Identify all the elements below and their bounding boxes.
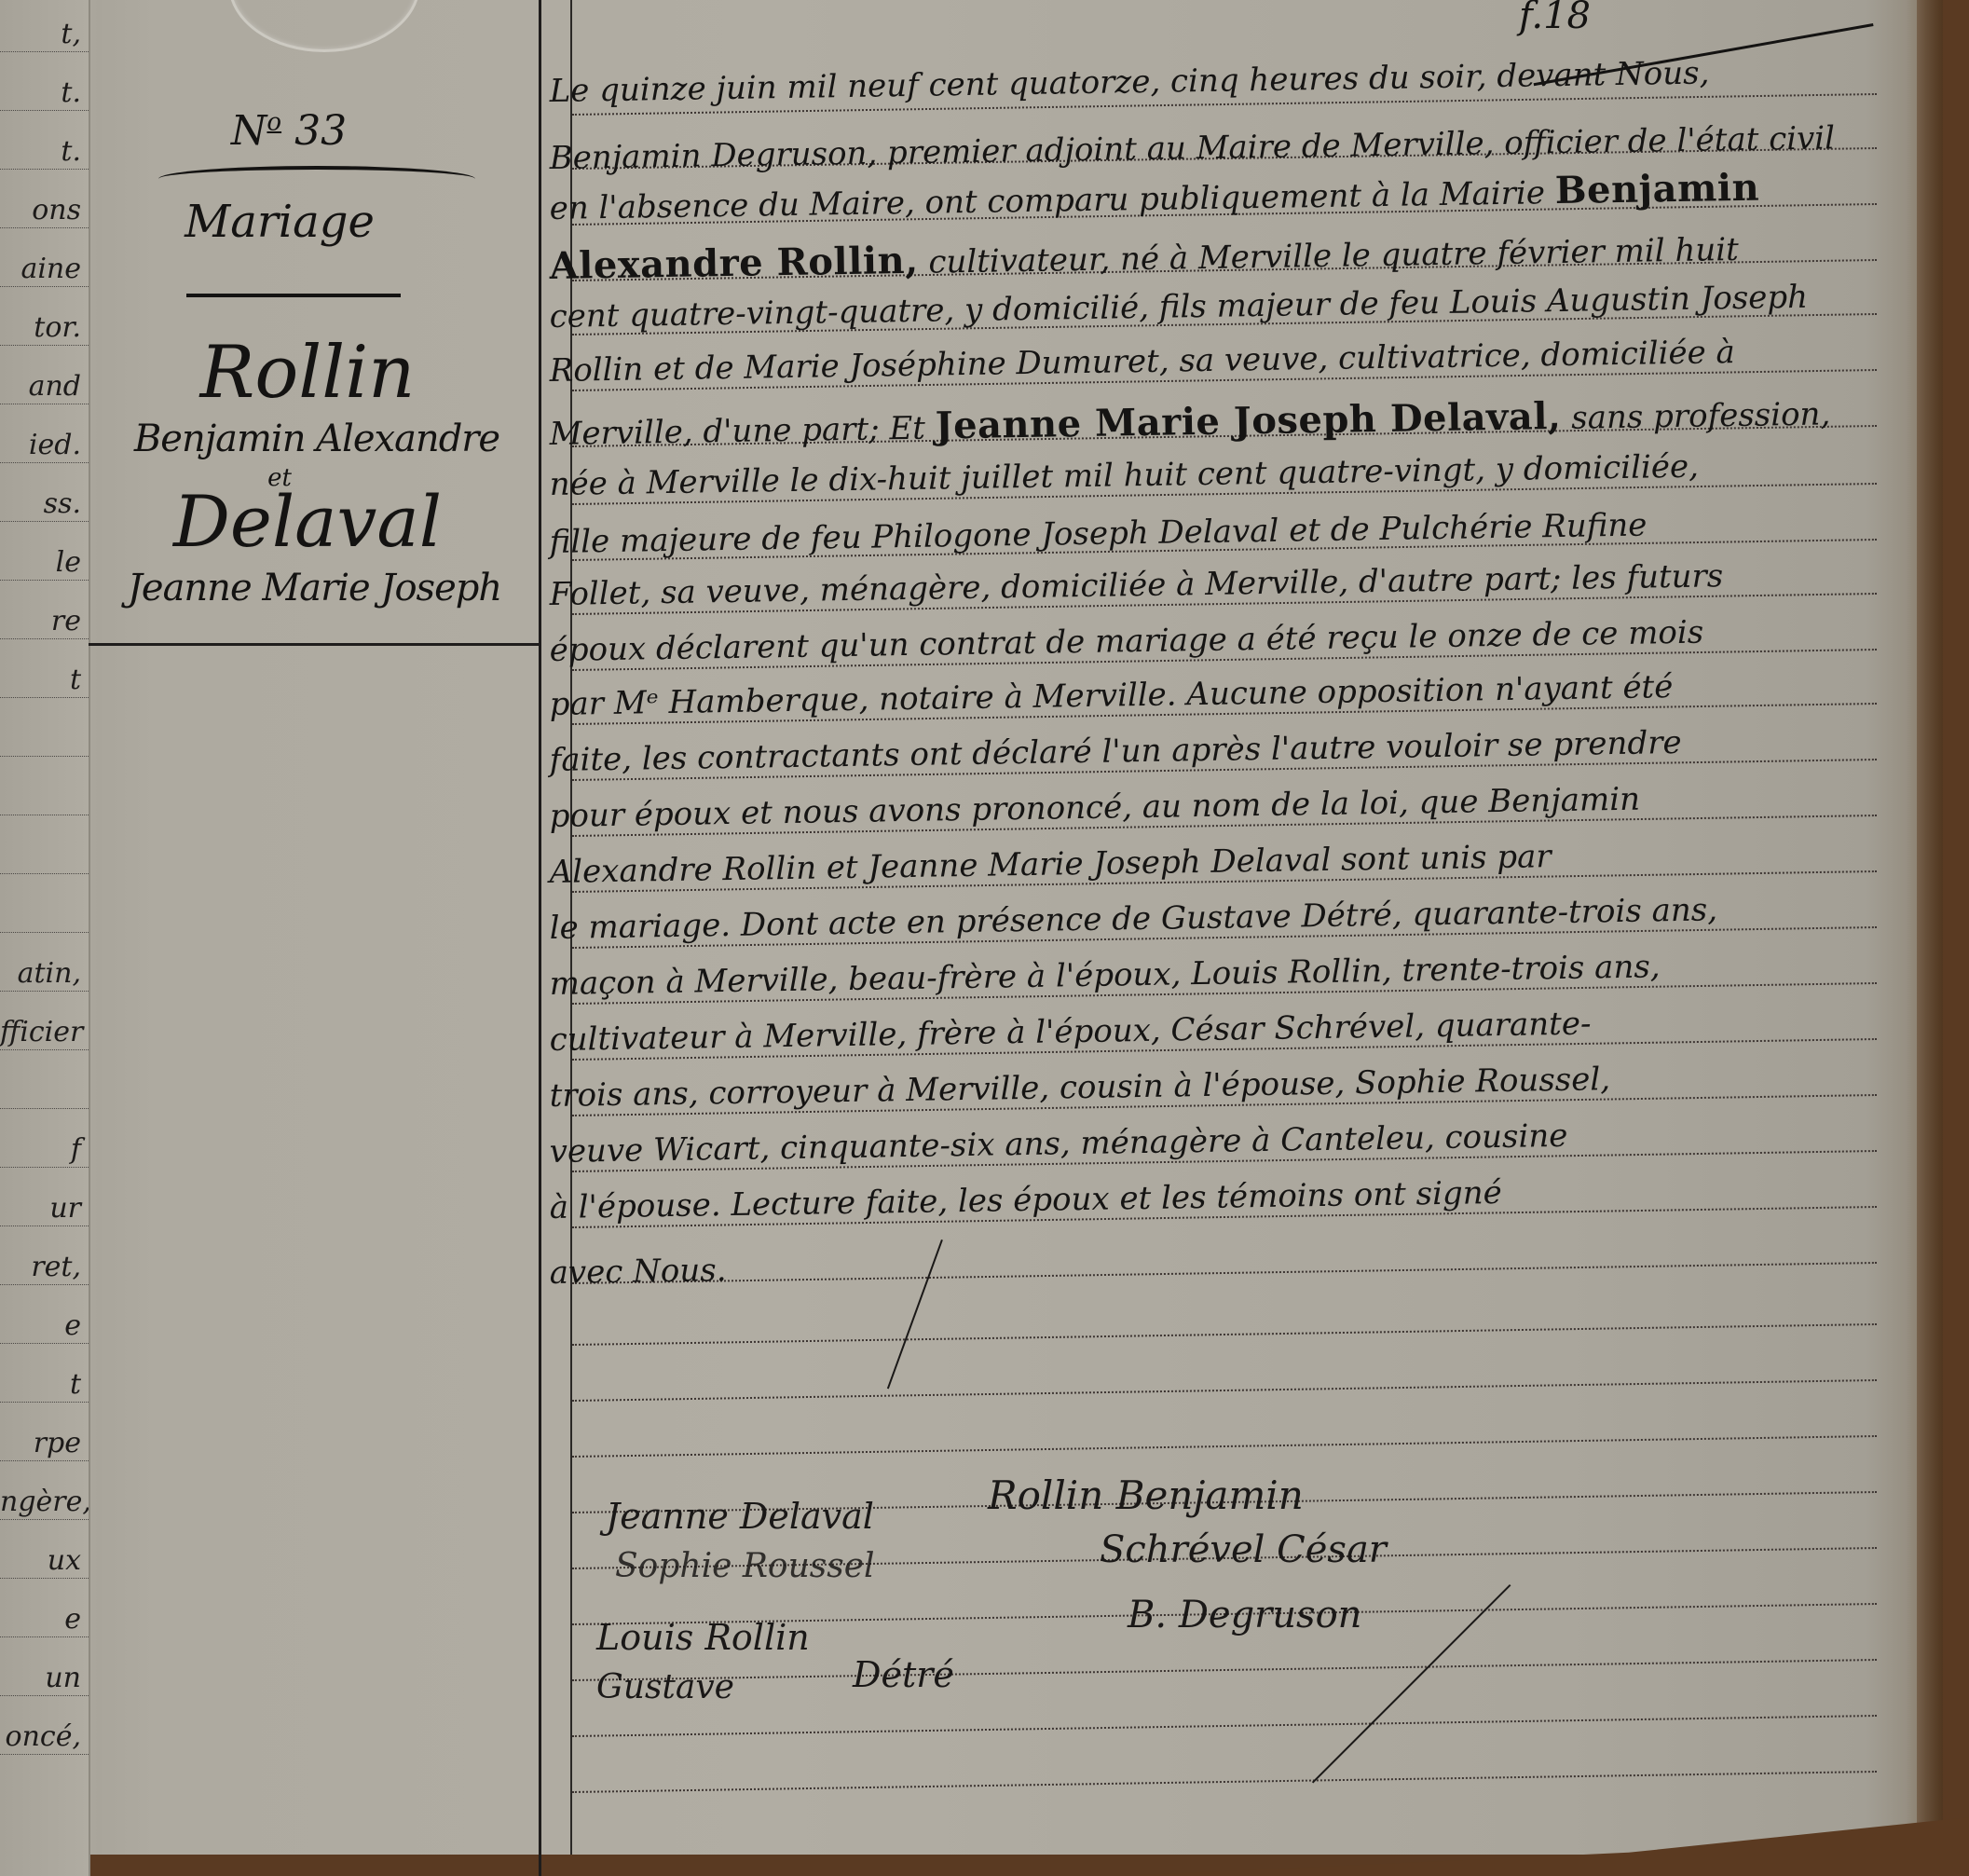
previous-page-fragment	[0, 899, 89, 933]
groom-given-names: Benjamin Alexandre	[93, 418, 540, 460]
previous-page-fragment: ons	[0, 195, 89, 228]
previous-page-fragment: and	[0, 371, 89, 404]
act-number-value: 33	[294, 107, 347, 155]
previous-page-fragment: oncé,	[0, 1721, 89, 1755]
previous-page-fragment: un	[0, 1663, 89, 1696]
previous-page-fragment: t	[0, 664, 89, 698]
signature-witness-gustave-first: Gustave	[596, 1668, 734, 1706]
ruled-line	[572, 1379, 1877, 1402]
body-line: cent quatre-vingt-quatre, y domicilié, f…	[549, 277, 1891, 335]
groom-name-highlight: Benjamin	[1554, 166, 1759, 212]
margin-rule-horizontal	[89, 643, 540, 646]
previous-page-fragment: ur	[0, 1193, 89, 1226]
previous-page-fragment: aine	[0, 253, 89, 287]
signature-witness-roussel: Sophie Roussel	[615, 1547, 875, 1585]
previous-page-fragment: f	[0, 1134, 89, 1168]
previous-page-fragment: le	[0, 547, 89, 581]
previous-page-fragment	[0, 841, 89, 874]
bride-name-highlight: Jeanne Marie Joseph Delaval,	[935, 394, 1561, 448]
book-binding	[1917, 0, 1943, 1876]
body-line-text: Merville, d'une part; Et	[549, 410, 925, 453]
previous-page-fragment	[0, 1075, 89, 1109]
ruled-line	[572, 1715, 1877, 1737]
bride-surname: Delaval	[103, 480, 513, 563]
groom-name-highlight: Alexandre Rollin,	[549, 239, 919, 288]
act-type: Mariage	[140, 196, 419, 248]
previous-page-fragment: t.	[0, 136, 89, 170]
previous-page-fragment: fficier	[0, 1017, 89, 1050]
previous-page-fragment: rpe	[0, 1428, 89, 1461]
previous-page-fragment: tor.	[0, 312, 89, 346]
signature-groom: Rollin Benjamin	[988, 1472, 1304, 1518]
margin-divider	[186, 294, 401, 297]
ruled-line	[572, 1659, 1877, 1681]
signature-witness-schrevel: Schrével César	[1100, 1528, 1387, 1571]
previous-page-fragment: ux	[0, 1545, 89, 1579]
folio-number: f.18	[1519, 0, 1591, 37]
signature-bride: Jeanne Delaval	[606, 1496, 874, 1537]
previous-page-fragment: e	[0, 1310, 89, 1344]
body-line: Merville, d'une part; Et Jeanne Marie Jo…	[549, 389, 1892, 454]
previous-page-fragment	[0, 782, 89, 815]
body-line: Alexandre Rollin, cultivateur, né à Merv…	[549, 223, 1892, 288]
previous-page-fragment: ied.	[0, 430, 89, 463]
previous-page-fragment: re	[0, 606, 89, 639]
groom-surname: Rollin	[103, 331, 513, 415]
signature-witness-louis: Louis Rollin	[596, 1617, 810, 1658]
act-number-prefix: N	[231, 107, 267, 155]
bride-given-names: Jeanne Marie Joseph	[89, 567, 540, 609]
previous-page-fragment: t,	[0, 19, 89, 52]
margin-rule-vertical	[539, 0, 541, 1876]
register-page: t,t.t.onsainetor.andied.ss.leretatin,ffi…	[0, 0, 1943, 1855]
body-line: fille majeure de feu Philogone Joseph De…	[549, 502, 1891, 561]
body-line-text: en l'absence du Maire, ont comparu publi…	[549, 174, 1545, 227]
ruled-line	[572, 1435, 1877, 1458]
previous-page-fragment: ret,	[0, 1252, 89, 1285]
body-line-text: sans profession,	[1571, 395, 1831, 436]
body-line-text: cultivateur, né à Merville le quatre fév…	[928, 231, 1739, 281]
previous-page-edge: t,t.t.onsainetor.andied.ss.leretatin,ffi…	[0, 0, 90, 1876]
previous-page-fragment: ngère,	[0, 1486, 89, 1520]
previous-page-fragment: t.	[0, 77, 89, 111]
margin-column	[89, 0, 540, 1876]
ruled-line	[572, 1771, 1877, 1793]
signature-witness-gustave-last: Détré	[853, 1654, 954, 1695]
previous-page-fragment	[0, 723, 89, 757]
body-line: avec Nous.	[549, 1233, 1891, 1292]
previous-page-fragment: e	[0, 1604, 89, 1637]
act-number: No 33	[168, 107, 410, 155]
previous-page-fragment: t	[0, 1369, 89, 1403]
previous-page-fragment: atin,	[0, 958, 89, 992]
act-number-suffix: o	[267, 108, 281, 136]
signature-officer: B. Degruson	[1128, 1594, 1361, 1636]
previous-page-fragment: ss.	[0, 488, 89, 522]
ruled-line	[572, 1323, 1877, 1346]
